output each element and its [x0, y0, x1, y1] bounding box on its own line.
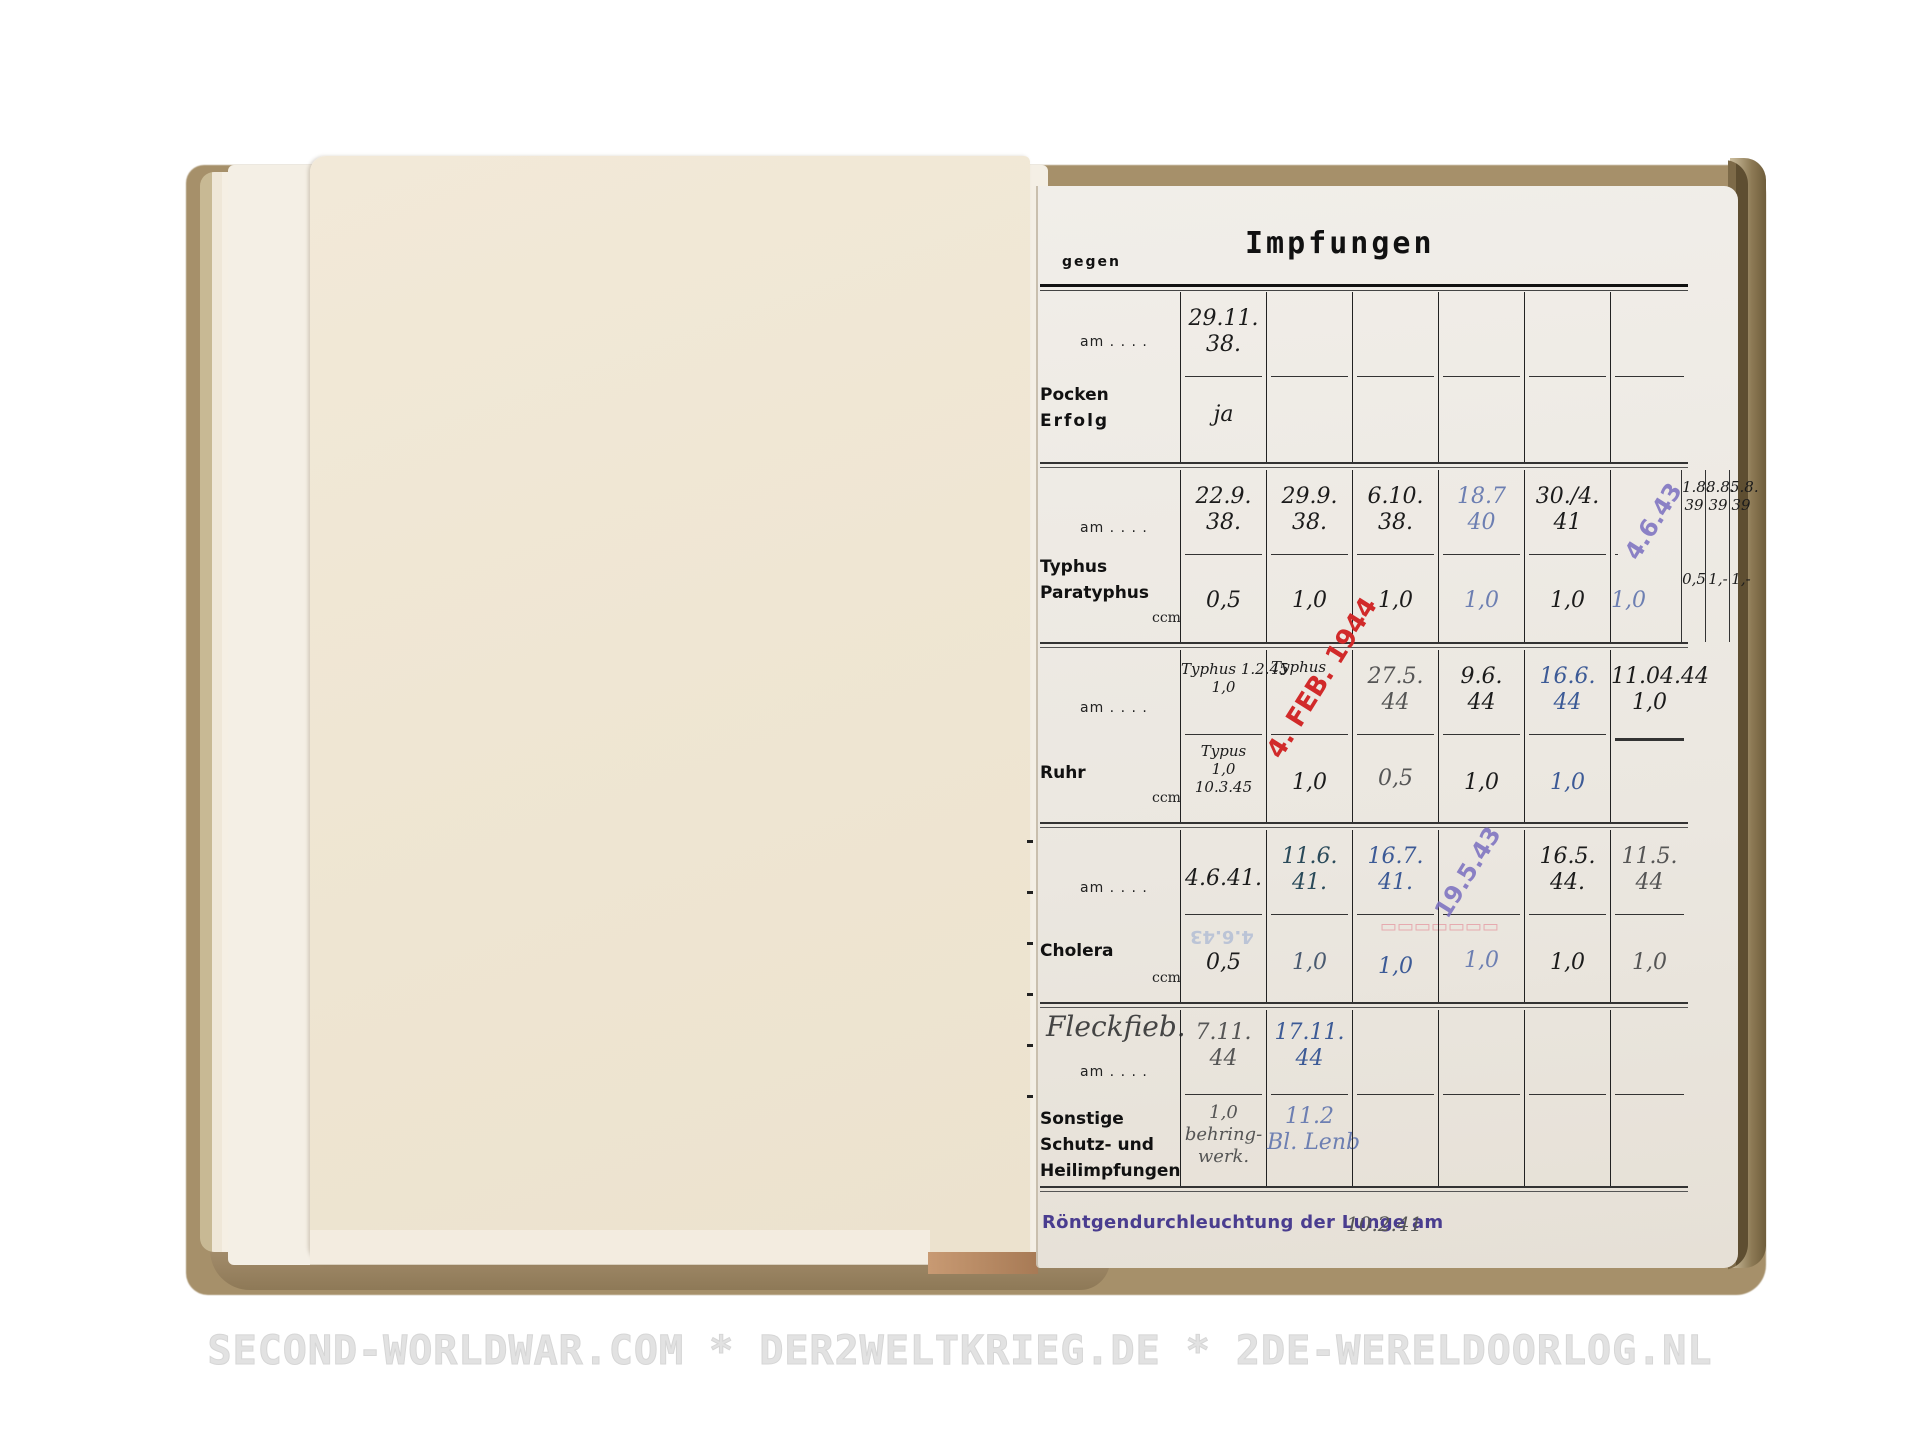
header-rule-thin — [1040, 290, 1688, 291]
cell: 11.04.44 1,0 — [1610, 650, 1688, 822]
extra-dose-1: 0,5 — [1682, 570, 1706, 588]
sonstige-date-2: 17.11. 44 — [1267, 1020, 1352, 1072]
cholera-stamp: 19.5.43 — [1429, 822, 1507, 923]
section-pocken: am . . . . Pocken Erfolg 29.11. 38. ja — [1040, 292, 1688, 464]
cell — [1438, 292, 1524, 462]
cell: 19.5.43 1,0 — [1438, 830, 1524, 1002]
cell: 16.7. 41. 1,0 — [1352, 830, 1438, 1002]
typhus-date-1: 22.9. 38. — [1181, 484, 1266, 536]
label-paratyphus: Paratyphus — [1040, 580, 1180, 606]
typhus-dose-4: 1,0 — [1439, 588, 1524, 614]
label-schutz: Schutz- und — [1040, 1132, 1180, 1158]
cell: 17.11. 44 11.2 Bl. Lenb — [1266, 1010, 1352, 1186]
page-title: Impfungen — [1245, 226, 1435, 261]
section-cholera: am . . . . Cholera ccm ▭▭▭▭▭▭▭ 4.6.43 4.… — [1040, 830, 1688, 1004]
watermark: SECOND-WORLDWAR.COM * DER2WELTKRIEG.DE *… — [0, 1328, 1920, 1374]
label-erfolg: Erfolg — [1040, 408, 1180, 434]
sonstige-handwritten-header: Fleckfieb. — [1046, 1014, 1186, 1040]
extra-date-1: 1.8. 39 — [1682, 478, 1706, 514]
ruhr-cells: Typhus 1.2.45 1,0 Typus 1,0 10.3.45 Typh… — [1180, 650, 1688, 822]
ruhr-date-4: 9.6. 44 — [1439, 664, 1524, 716]
loose-sheet-lower-edge — [310, 1230, 930, 1265]
extra-col-1: 1.8. 39 0,5 — [1681, 470, 1706, 642]
cell: 29.9. 38. 1,0 — [1266, 470, 1352, 642]
cholera-dose-1: 0,5 — [1181, 950, 1266, 976]
binding-tab — [928, 1252, 1038, 1274]
typhus-date-2: 29.9. 38. — [1267, 484, 1352, 536]
section-ruhr: am . . . . Ruhr ccm Typhus 1.2.45 1,0 Ty… — [1040, 650, 1688, 824]
ccm-label: ccm — [1152, 610, 1181, 626]
ruhr-dose-3: 0,5 — [1353, 766, 1438, 792]
typhus-dose-6: 1,0 — [1611, 588, 1628, 614]
typhus-date-4: 18.7 40 — [1439, 484, 1524, 536]
gutter-marks — [1027, 840, 1035, 1200]
typhus-dose-5: 1,0 — [1525, 588, 1610, 614]
cholera-dose-2: 1,0 — [1267, 950, 1352, 976]
am-label: am . . . . — [1080, 1064, 1148, 1080]
cell: 16.6. 44 1,0 — [1524, 650, 1610, 822]
cholera-dose-5: 1,0 — [1525, 950, 1610, 976]
ruhr-dose-4: 1,0 — [1439, 770, 1524, 796]
cholera-date-2: 11.6. 41. — [1267, 844, 1352, 896]
cell: 16.5. 44. 1,0 — [1524, 830, 1610, 1002]
cell: 9.6. 44 1,0 — [1438, 650, 1524, 822]
cell: 18.7 40 1,0 — [1438, 470, 1524, 642]
cholera-date-3: 16.7. 41. — [1353, 844, 1438, 896]
cell — [1438, 1010, 1524, 1186]
pocken-result-1: ja — [1181, 402, 1266, 428]
extra-date-2: 8.8. 39 — [1706, 478, 1730, 514]
label-cholera: Cholera — [1040, 938, 1180, 964]
am-label: am . . . . — [1080, 520, 1148, 536]
cell — [1524, 1010, 1610, 1186]
am-label: am . . . . — [1080, 334, 1148, 350]
cell: 27.5. 44 0,5 — [1352, 650, 1438, 822]
extra-dose-2: 1,- — [1706, 570, 1730, 588]
am-label: am . . . . — [1080, 880, 1148, 896]
ruhr-date-5: 16.6. 44 — [1525, 664, 1610, 716]
cholera-dose-3: 1,0 — [1353, 954, 1438, 980]
typhus-date-3: 6.10. 38. — [1353, 484, 1438, 536]
ruhr-dose-5: 1,0 — [1525, 770, 1610, 796]
extra-col-3: 5.8. 39 1,- — [1729, 470, 1752, 642]
typhus-date-5: 30./4. 41 — [1525, 484, 1610, 536]
cholera-dose-4: 1,0 — [1439, 948, 1524, 974]
cell — [1352, 292, 1438, 462]
label-typhus: Typhus — [1040, 554, 1180, 580]
cell: 4.6.41. 0,5 — [1180, 830, 1266, 1002]
label-ruhr: Ruhr — [1040, 760, 1180, 786]
gegen-label: gegen — [1062, 254, 1121, 270]
typhus-cells: 22.9. 38. 0,5 29.9. 38. 1,0 6.10. 38. 1,… — [1180, 470, 1688, 642]
typhus-dose-1: 0,5 — [1181, 588, 1266, 614]
label-pocken: Pocken — [1040, 382, 1180, 408]
cholera-date-5: 16.5. 44. — [1525, 844, 1610, 896]
cell — [1352, 1010, 1438, 1186]
vaccination-table: am . . . . Pocken Erfolg 29.11. 38. ja a… — [1040, 292, 1688, 1188]
ccm-label: ccm — [1152, 790, 1181, 806]
cell — [1610, 1010, 1688, 1186]
cell — [1610, 292, 1688, 462]
cell: 4.6.43 1,0 1.8. 39 0,5 8.8. 39 1,- 5.8. … — [1610, 470, 1688, 642]
ruhr-date-3: 27.5. 44 — [1353, 664, 1438, 716]
section-sonstige: Fleckfieb. am . . . . Sonstige Schutz- u… — [1040, 1010, 1688, 1188]
label-sonstige: Sonstige — [1040, 1106, 1180, 1132]
ruhr-dose-1: Typus 1,0 10.3.45 — [1181, 742, 1266, 796]
cell: 29.11. 38. ja — [1180, 292, 1266, 462]
sonstige-dose-2: 11.2 Bl. Lenb — [1267, 1104, 1352, 1156]
cell: 22.9. 38. 0,5 — [1180, 470, 1266, 642]
label-heilimpfungen: Heilimpfungen — [1040, 1158, 1180, 1184]
cholera-dose-6: 1,0 — [1611, 950, 1688, 976]
extra-col-2: 8.8. 39 1,- — [1705, 470, 1730, 642]
extra-date-3: 5.8. 39 — [1730, 478, 1752, 514]
cholera-date-6: 11.5. 44 — [1611, 844, 1688, 896]
cell — [1266, 292, 1352, 462]
pocken-date-1: 29.11. 38. — [1181, 306, 1266, 358]
cell — [1524, 292, 1610, 462]
sonstige-date-1: 7.11. 44 — [1181, 1020, 1266, 1072]
sonstige-cells: 7.11. 44 1,0 behring- werk. 17.11. 44 11… — [1180, 1010, 1688, 1186]
cell: 11.5. 44 1,0 — [1610, 830, 1688, 1002]
typhus-stamp: 4.6.43 — [1619, 478, 1688, 565]
cell: Typhus 1.2.45 1,0 Typus 1,0 10.3.45 — [1180, 650, 1266, 822]
cell: 30./4. 41 1,0 — [1524, 470, 1610, 642]
typhus-dose-2: 1,0 — [1267, 588, 1352, 614]
ccm-label: ccm — [1152, 970, 1181, 986]
cholera-date-1: 4.6.41. — [1181, 866, 1266, 892]
roentgen-date: 10.2.41 — [1346, 1212, 1422, 1236]
ruhr-dose-2: 1,0 — [1267, 770, 1352, 796]
cell: 11.6. 41. 1,0 — [1266, 830, 1352, 1002]
loose-blank-sheet — [310, 156, 1030, 1264]
ruhr-date-6: 11.04.44 1,0 — [1611, 664, 1688, 716]
cell: Typhus 4. FEB. 1944 1,0 — [1266, 650, 1352, 822]
am-label: am . . . . — [1080, 700, 1148, 716]
ruhr-date-1: Typhus 1.2.45 1,0 — [1181, 660, 1266, 696]
cell: 7.11. 44 1,0 behring- werk. — [1180, 1010, 1266, 1186]
sonstige-dose-1: 1,0 behring- werk. — [1181, 1102, 1266, 1168]
extra-dose-3: 1,- — [1730, 570, 1752, 588]
header-rule — [1040, 284, 1688, 287]
pocken-cells: 29.11. 38. ja — [1180, 292, 1688, 462]
cholera-cells: 4.6.41. 0,5 11.6. 41. 1,0 16.7. 41. 1,0 … — [1180, 830, 1688, 1002]
